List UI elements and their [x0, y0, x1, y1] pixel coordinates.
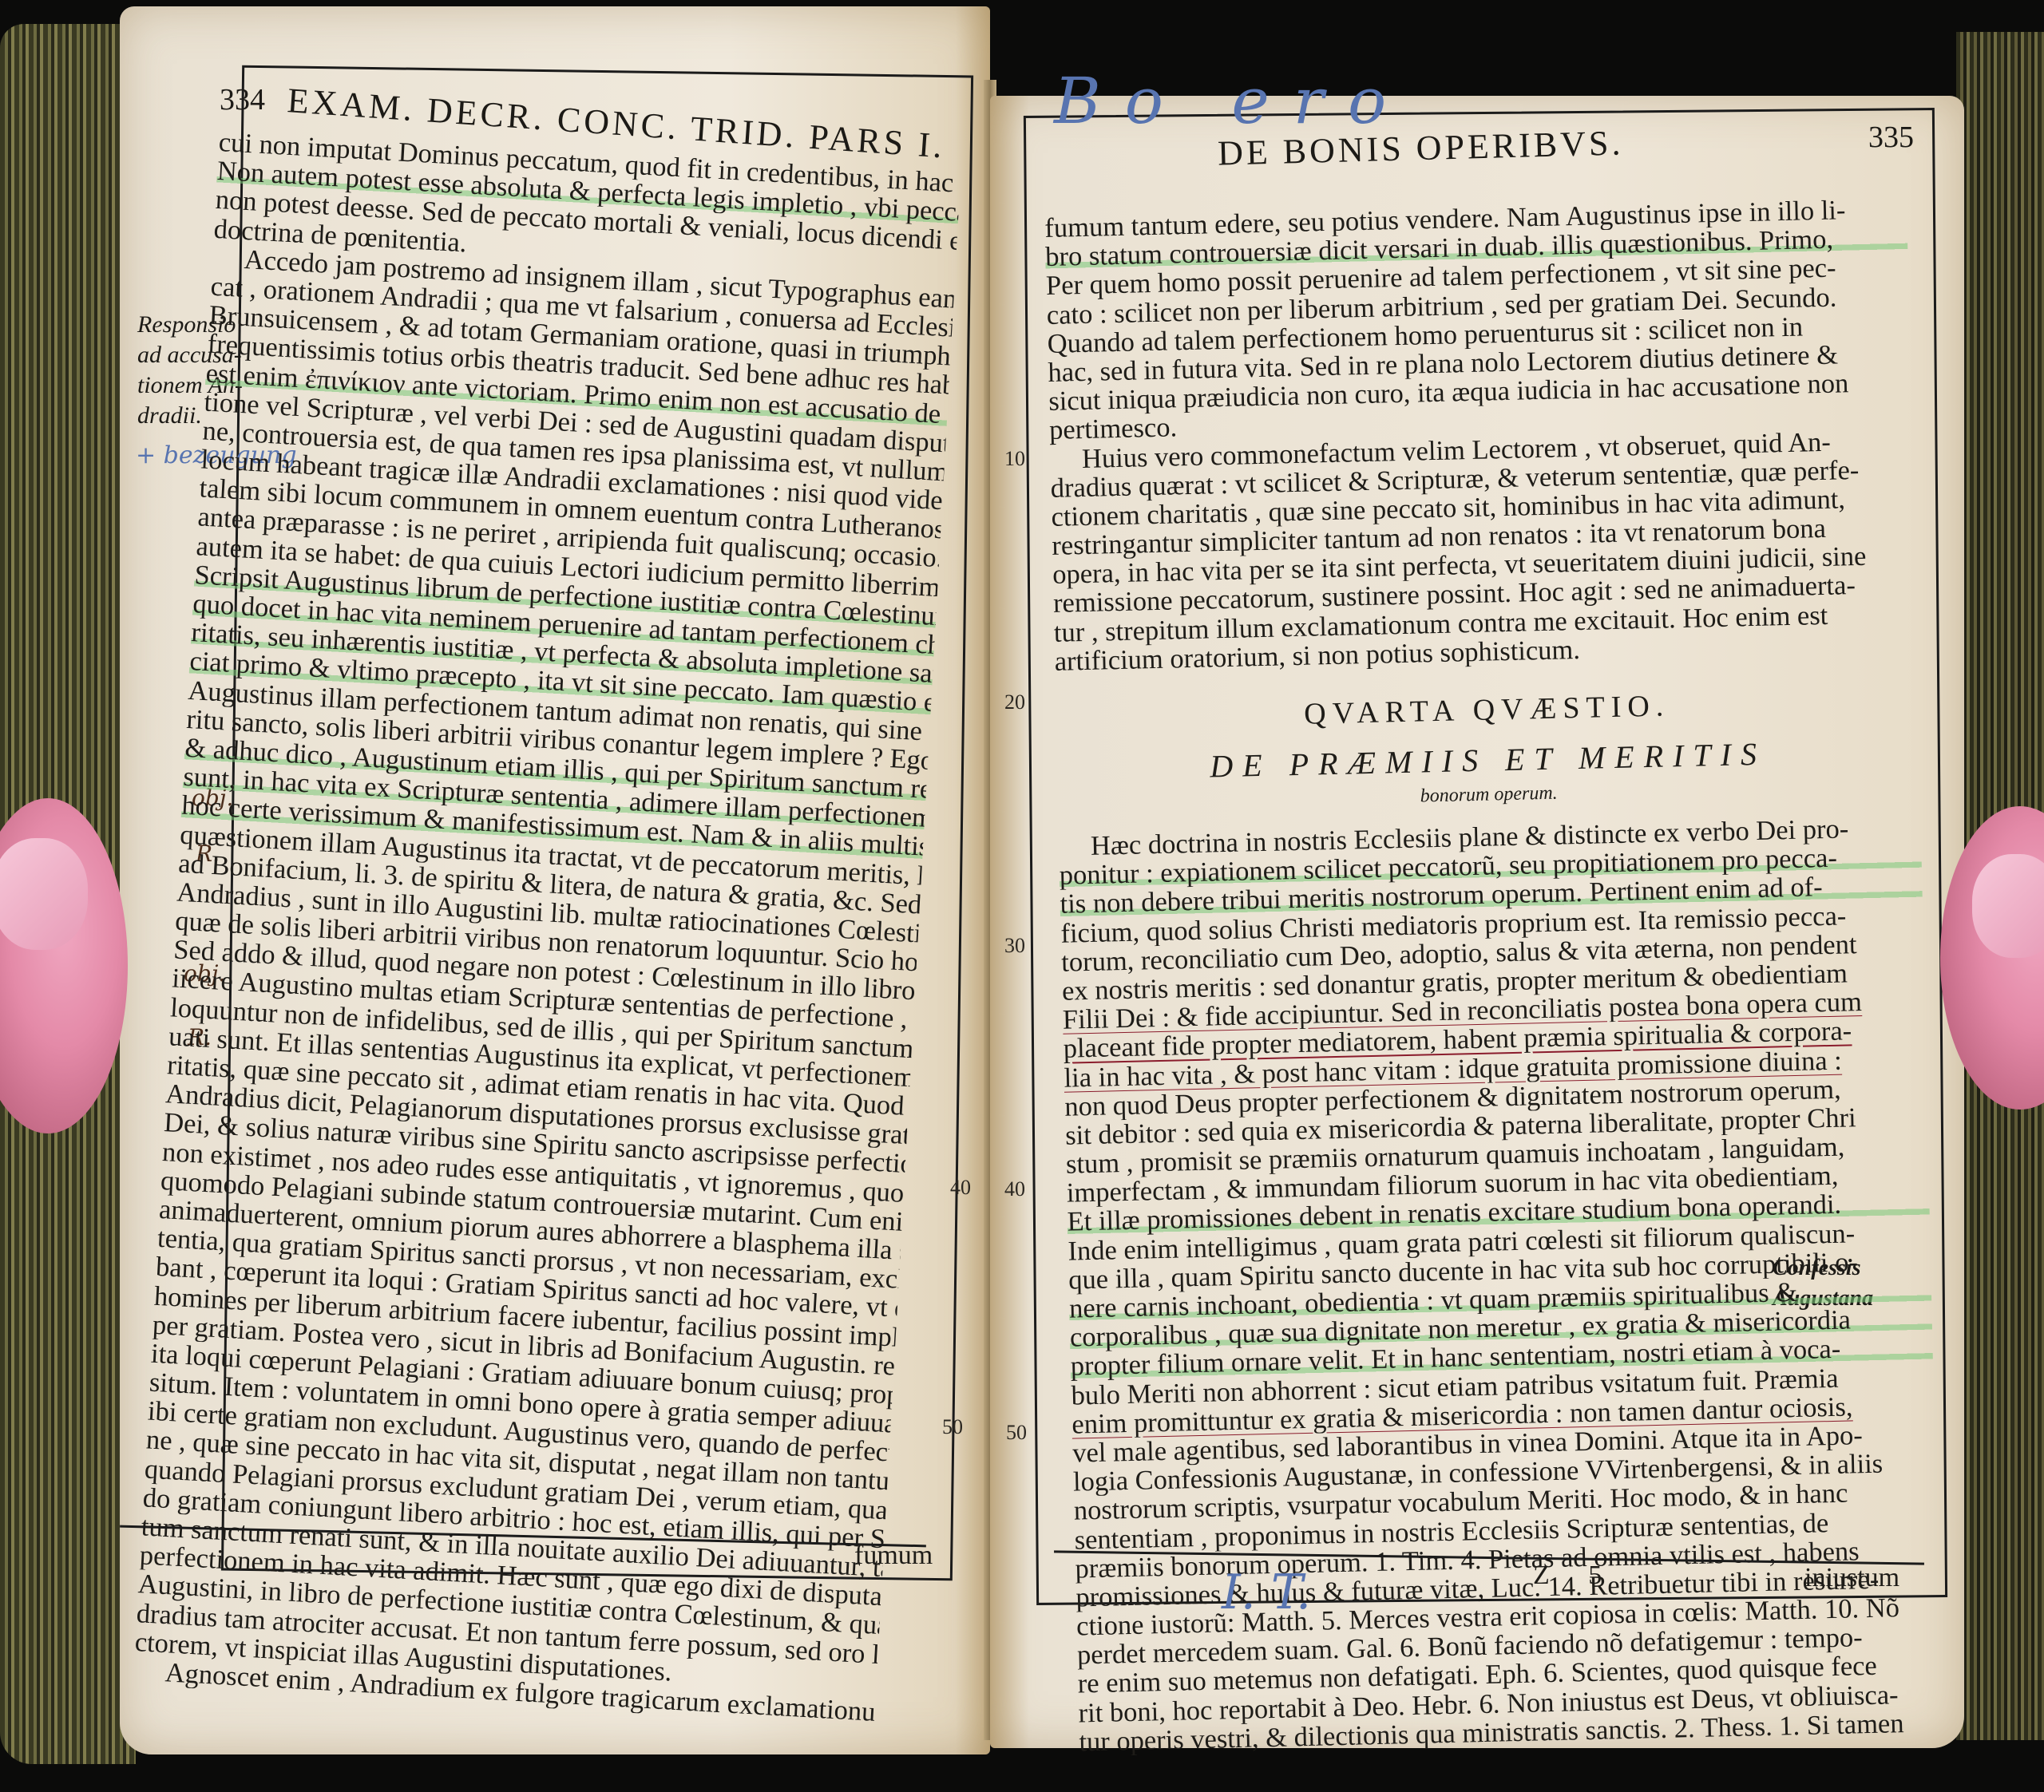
left-line-number-50: 50	[942, 1415, 963, 1439]
left-body-text: cui non imputat Dominus peccatum, quod f…	[133, 128, 961, 1727]
right-line-number-20: 20	[1004, 690, 1025, 714]
blue-annotation-bottom: I. T.	[1222, 1565, 1311, 1620]
right-catchword: iniustum	[1804, 1563, 1899, 1593]
left-line-number-40: 40	[950, 1176, 971, 1200]
right-page: Bo ero DE BONIS OPERIBVS. 335 10 20 30 4…	[990, 96, 1964, 1748]
left-page-number: 334	[220, 82, 265, 117]
right-line-number-40: 40	[1004, 1177, 1025, 1201]
right-body-text: fumum tantum edere, seu potius vendere. …	[1044, 194, 1942, 1756]
blue-annotation-top: Bo ero	[1054, 64, 1410, 138]
right-line-number-30: 30	[1004, 934, 1025, 958]
right-line-number-10: 10	[1004, 447, 1025, 471]
right-page-number: 335	[1868, 120, 1914, 155]
left-catchword: fumum	[854, 1541, 933, 1571]
left-page: 334 EXAM. DECR. CONC. TRID. PARS I. Resp…	[120, 6, 990, 1754]
right-line-number-50: 50	[1006, 1421, 1027, 1445]
signature-mark: Z 5	[1533, 1561, 1618, 1591]
